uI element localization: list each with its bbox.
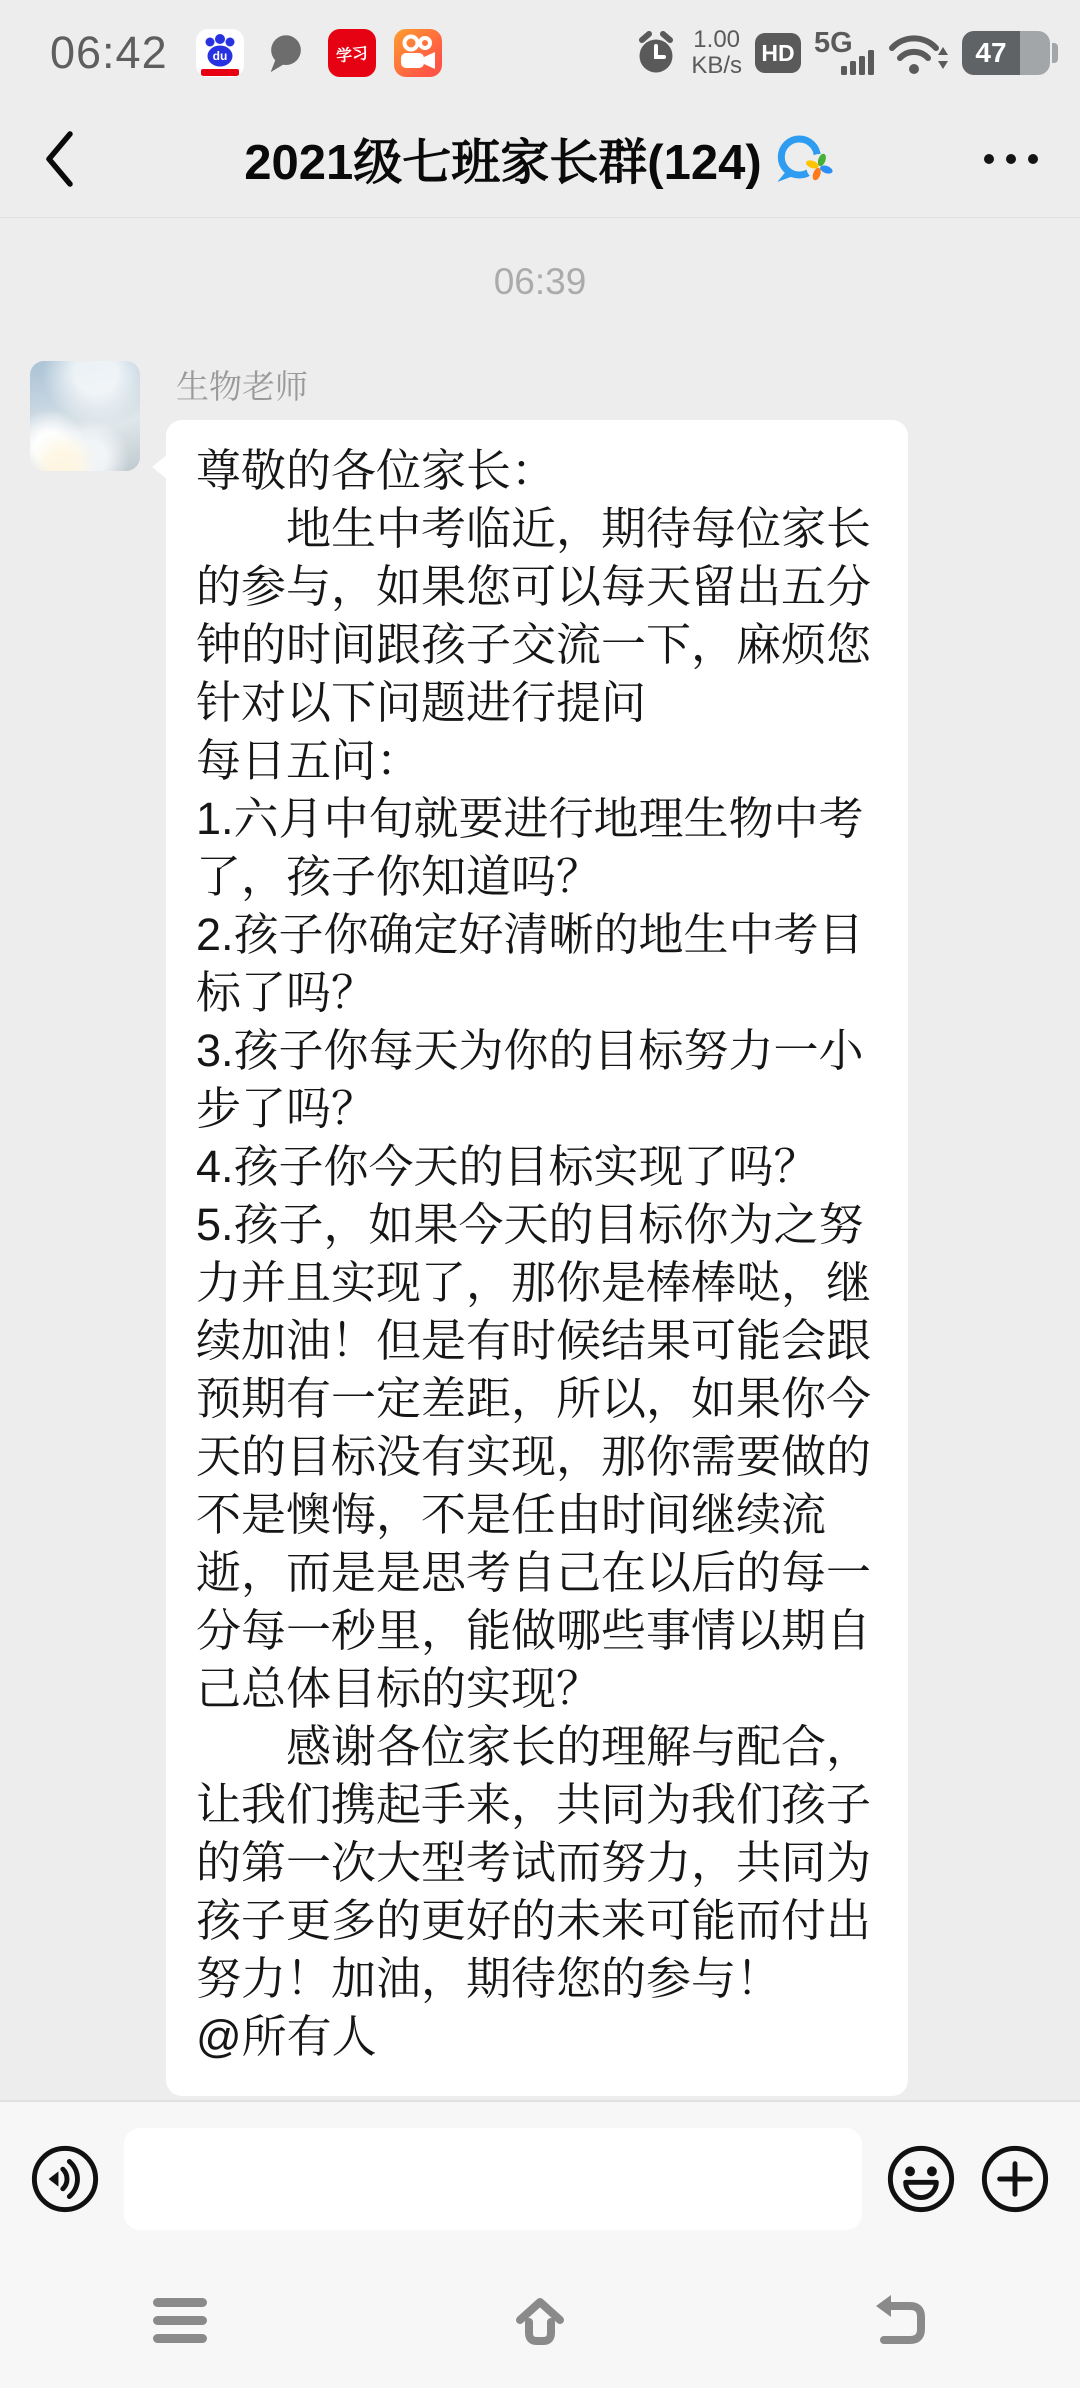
status-bar-right: 1.00 KB/s HD 5G [634, 27, 1050, 79]
message-row: 生物老师 尊敬的各位家长： 地生中考临近，期待每位家长的参与，如果您可以每天留出… [30, 361, 1050, 2096]
bottom-area [0, 2100, 1080, 2388]
signal-bars-icon [841, 50, 874, 75]
baidu-notification-icon: du [196, 29, 244, 77]
baidu-du-glyph: du [212, 49, 227, 63]
back-nav-icon[interactable] [862, 2287, 938, 2355]
message-input[interactable] [124, 2128, 862, 2230]
sender-avatar[interactable] [30, 361, 140, 471]
wifi-icon [887, 29, 949, 77]
status-time: 06:42 [50, 27, 168, 79]
cell-signal-icon: 5G [814, 29, 874, 77]
nav-bar: 2021级七班家长群(124) [0, 100, 1080, 218]
kuaishou-notification-icon [394, 29, 442, 77]
message-notification-icon [262, 29, 310, 77]
phone-screen: 06:42 du 学习 [0, 0, 1080, 2388]
message-text: 尊敬的各位家长： 地生中考临近，期待每位家长的参与，如果您可以每天留出五分钟的时… [196, 442, 878, 2066]
network-speed-value: 1.00 [693, 26, 740, 53]
emoji-button[interactable] [886, 2144, 956, 2214]
home-icon[interactable] [502, 2287, 578, 2355]
wework-icon [774, 131, 836, 187]
network-speed: 1.00 KB/s [691, 27, 742, 79]
voice-button[interactable] [30, 2144, 100, 2214]
system-nav [0, 2256, 1080, 2386]
time-divider: 06:39 [0, 261, 1080, 303]
chat-title: 2021级七班家长群(124) [244, 124, 761, 194]
back-icon[interactable] [42, 128, 82, 190]
chat-area: 06:39 生物老师 尊敬的各位家长： 地生中考临近，期待每位家长的参与，如果您… [0, 219, 1080, 2100]
sender-name: 生物老师 [176, 361, 908, 408]
battery-icon: 47 [962, 31, 1050, 75]
more-icon[interactable] [984, 144, 1038, 174]
xuexi-qiangguo-notification-icon: 学习 [328, 29, 376, 77]
hd-icon: HD [755, 33, 801, 73]
battery-percent: 47 [962, 31, 1020, 75]
network-speed-unit: KB/s [691, 52, 742, 79]
alarm-icon [634, 30, 678, 76]
status-bar-left: 06:42 du 学习 [50, 27, 442, 79]
chat-title-area: 2021级七班家长群(124) [244, 100, 835, 218]
status-bar: 06:42 du 学习 [0, 16, 1080, 90]
plus-button[interactable] [980, 2144, 1050, 2214]
message-bubble[interactable]: 尊敬的各位家长： 地生中考临近，期待每位家长的参与，如果您可以每天留出五分钟的时… [166, 420, 908, 2096]
input-bar [0, 2102, 1080, 2256]
recents-menu-icon[interactable] [142, 2289, 218, 2353]
xuexi-glyph: 学习 [334, 40, 368, 66]
